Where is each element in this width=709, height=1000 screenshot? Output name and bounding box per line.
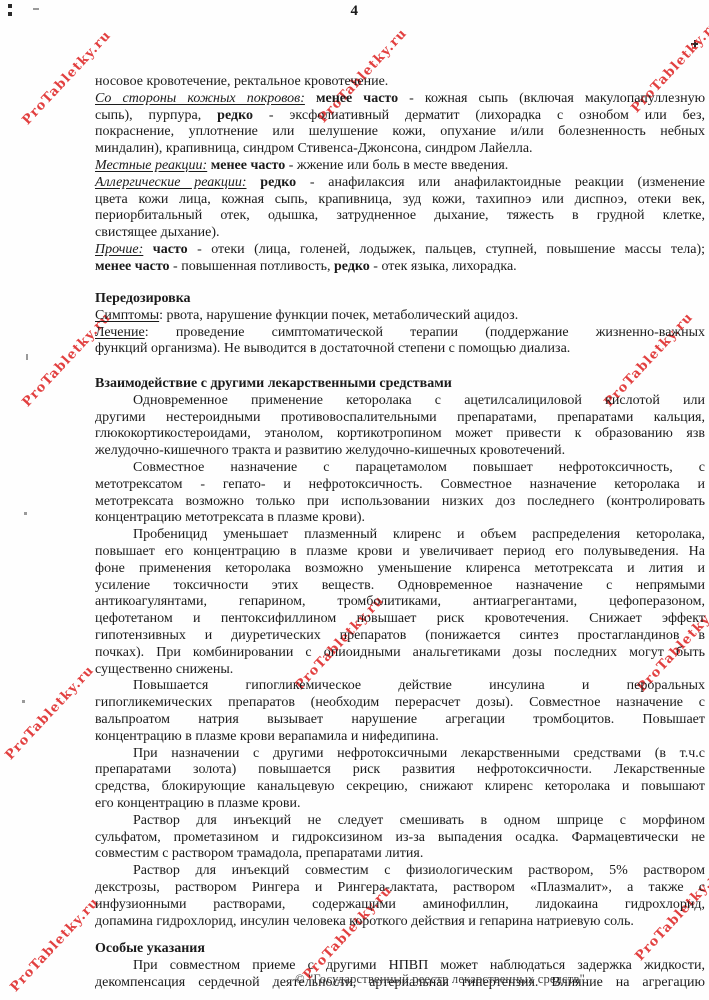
scan-artifact [26,354,28,360]
text-run: другими нестероидными противовоспалитель… [95,410,705,425]
text-run: Повышается гипогликемическое действие ин… [133,678,705,693]
text-run [305,91,316,106]
text-line: другими нестероидными противовоспалитель… [95,410,705,427]
text-run: метотрексата возможно только при использ… [95,494,705,509]
text-run: цефотетаном и пентоксифиллином повышает … [95,611,705,626]
text-run: препаратами золота) повышается риск разв… [95,762,705,777]
text-line: метотрексата возможно только при использ… [95,494,705,511]
text-line: Симптомы: рвота, нарушение функции почек… [95,308,705,325]
text-line: Одновременное применение кеторолака с ац… [95,393,705,410]
text-run [247,175,261,190]
text-run: свистящее дыхание). [95,225,220,240]
text-line: Местные реакции: менее часто - жжение ил… [95,158,705,175]
text-line: антикоагулянтами, гепарином, тромболитик… [95,594,705,611]
scan-artifact [24,512,27,515]
text-run: его концентрацию в плазме крови. [95,796,300,811]
text-run: почках). При комбинировании с опиоидными… [95,645,705,660]
footer-overlay-text: © "Государственный реестр лекарственных … [250,972,630,987]
text-run: усиление токсичности этих веществ. Однов… [95,578,705,593]
text-line: Раствор для инъекций совместим с физиоло… [95,863,705,880]
emphasis-bold: часто [153,242,188,257]
text-run: При совместном приеме с другими НПВП мож… [133,958,705,973]
text-run: цвета кожи лица, кожная сыпь, крапивница… [95,192,705,207]
text-line: Совместное назначение с парацетамолом по… [95,460,705,477]
text-line: декстрозы, раствором Рингера и Рингера-л… [95,880,705,897]
overdose: ПередозировкаСимптомы: рвота, нарушение … [95,291,705,358]
drug-interactions: Взаимодействие с другими лекарственными … [95,376,705,930]
emphasis-bold: менее часто [211,158,286,173]
text-line: вальпроатом натрия вызывает нарушение аг… [95,712,705,729]
text-line: желудочно-кишечного тракта и развитию же… [95,443,705,460]
text-line: менее часто - повышенная потливость, ред… [95,259,705,276]
text-run: - кожная сыпь (включая макулопапуллезную [398,91,705,106]
text-line: усиление токсичности этих веществ. Однов… [95,578,705,595]
text-line: Пробеницид уменьшает плазменный клиренс … [95,527,705,544]
text-line: гипотензивных и диуретических препаратов… [95,628,705,645]
text-line: сульфатом, прометазином и гидроксизином … [95,830,705,847]
text-run: - жжение или боль в месте введения. [285,158,508,173]
text-run: Одновременное применение кеторолака с ац… [133,393,705,408]
text-run: - отеки (лица, голеней, лодыжек, пальцев… [188,242,705,257]
text-run: инфузионными растворами, содержащими ами… [95,897,705,912]
text-line: Особые указания [95,941,705,958]
text-run: повышает его концентрацию в плазме крови… [95,544,705,559]
text-line: Аллергические реакции: редко - анафилакс… [95,175,705,192]
text-run: сыпь), пурпура, [95,108,217,123]
text-run: метотрексатом - гепато- и нефротоксичнос… [95,477,705,492]
text-run: периорбитальный отек, одышка, затрудненн… [95,208,705,223]
emphasis-bold: редко [260,175,296,190]
text-line: функций организма). Не выводится в доста… [95,341,705,358]
text-line: повышает его концентрацию в плазме крови… [95,544,705,561]
text-run: допамина гидрохлорид, инсулин человека к… [95,914,634,929]
scan-artifact [8,4,12,8]
emphasis-bold: Взаимодействие с другими лекарственными … [95,376,452,391]
text-line: глюкокортикостероидами, этанолом, кортик… [95,426,705,443]
text-run: покраснение, уплотнение или шелушение ко… [95,124,705,139]
text-line: почках). При комбинировании с опиоидными… [95,645,705,662]
text-run: функций организма). Не выводится в доста… [95,341,570,356]
text-run: глюкокортикостероидами, этанолом, кортик… [95,426,705,441]
text-run: концентрацию в плазме крови верапамила и… [95,729,439,744]
text-run: гипотензивных и диуретических препаратов… [95,628,705,643]
text-line: препаратами золота) повышается риск разв… [95,762,705,779]
text-run: фоне применения кеторолака возможно умен… [95,561,705,576]
text-line: допамина гидрохлорид, инсулин человека к… [95,914,705,931]
text-run: миндалин), крапивница, синдром Стивенса-… [95,141,533,156]
emphasis-bold: Передозировка [95,291,191,306]
text-run: декстрозы, раствором Рингера и Рингера-л… [95,880,705,895]
text-line: фоне применения кеторолака возможно умен… [95,561,705,578]
text-line: инфузионными растворами, содержащими ами… [95,897,705,914]
subheading-underline: Лечение [95,325,145,340]
text-run: совместим с раствором трамадола, препара… [95,846,423,861]
text-run: - анафилаксия или анафилактоидные реакци… [296,175,705,190]
text-run: вальпроатом натрия вызывает нарушение аг… [95,712,705,727]
watermark-protabletky: ProTabletky.ru [3,663,98,763]
scan-artifact [22,700,25,703]
text-line: миндалин), крапивница, синдром Стивенса-… [95,141,705,158]
emphasis-bold: редко [217,108,253,123]
text-line: концентрацию в плазме крови верапамила и… [95,729,705,746]
text-run: : рвота, нарушение функции почек, метабо… [159,308,518,323]
text-run: - эксфолиативный дерматит (лихорадка с о… [253,108,705,123]
emphasis-bold: редко [334,259,370,274]
emphasis-bold: Особые указания [95,941,205,956]
text-run: гипогликемических препаратов (необходим … [95,695,705,710]
text-line: Со стороны кожных покровов: менее часто … [95,91,705,108]
text-run: концентрацию метотрексата в плазме крови… [95,510,365,525]
text-line: периорбитальный отек, одышка, затрудненн… [95,208,705,225]
emphasis-bold: менее часто [316,91,398,106]
text-line: покраснение, уплотнение или шелушение ко… [95,124,705,141]
text-line: Раствор для инъекций не следует смешиват… [95,813,705,830]
text-run: Пробеницид уменьшает плазменный клиренс … [133,527,705,542]
subheading-italic: Со стороны кожных покровов: [95,91,305,106]
text-run [143,242,152,257]
text-run: средства, блокирующие канальцевую секрец… [95,779,705,794]
scanned-document-page: 4 ProTabletky.ruProTabletky.ruProTabletk… [0,0,709,1000]
watermark-protabletky: ProTabletky.ru [8,895,103,995]
scan-artifact [33,8,39,10]
text-run: - отек языка, лихорадка. [370,259,517,274]
text-line: концентрацию метотрексата в плазме крови… [95,510,705,527]
emphasis-bold: менее часто [95,259,170,274]
text-run: носовое кровотечение, ректальное кровоте… [95,74,388,89]
text-line: средства, блокирующие канальцевую секрец… [95,779,705,796]
text-run: существенно снижены. [95,662,233,677]
subheading-italic: Прочие: [95,242,143,257]
text-line: Повышается гипогликемическое действие ин… [95,678,705,695]
text-run: Раствор для инъекций совместим с физиоло… [133,863,705,878]
text-run: сульфатом, прометазином и гидроксизином … [95,830,705,845]
text-run: Раствор для инъекций не следует смешиват… [133,813,705,828]
text-line: цвета кожи лица, кожная сыпь, крапивница… [95,192,705,209]
text-line: метотрексатом - гепато- и нефротоксичнос… [95,477,705,494]
text-run: - повышенная потливость, [170,259,334,274]
text-line: сыпь), пурпура, редко - эксфолиативный д… [95,108,705,125]
text-line: Прочие: часто - отеки (лица, голеней, ло… [95,242,705,259]
page-number: 4 [0,3,709,20]
text-line: При назначении с другими нефротоксичными… [95,746,705,763]
text-line: Взаимодействие с другими лекарственными … [95,376,705,393]
adverse-reactions: носовое кровотечение, ректальное кровоте… [95,74,705,276]
text-run: Совместное назначение с парацетамолом по… [133,460,705,475]
subheading-italic: Местные реакции: [95,158,207,173]
scan-artifact [8,12,12,16]
text-run: При назначении с другими нефротоксичными… [133,746,705,761]
text-run: желудочно-кишечного тракта и развитию же… [95,443,565,458]
text-line: Лечение: проведение симптоматической тер… [95,325,705,342]
subheading-underline: Симптомы [95,308,159,323]
text-line: существенно снижены. [95,662,705,679]
text-line: носовое кровотечение, ректальное кровоте… [95,74,705,91]
text-line: свистящее дыхание). [95,225,705,242]
text-line: цефотетаном и пентоксифиллином повышает … [95,611,705,628]
text-line: Передозировка [95,291,705,308]
text-line: совместим с раствором трамадола, препара… [95,846,705,863]
text-run: : проведение симптоматической терапии (п… [145,325,705,340]
text-line: гипогликемических препаратов (необходим … [95,695,705,712]
text-line: его концентрацию в плазме крови. [95,796,705,813]
text-run: антикоагулянтами, гепарином, тромболитик… [95,594,705,609]
subheading-italic: Аллергические реакции: [95,175,247,190]
